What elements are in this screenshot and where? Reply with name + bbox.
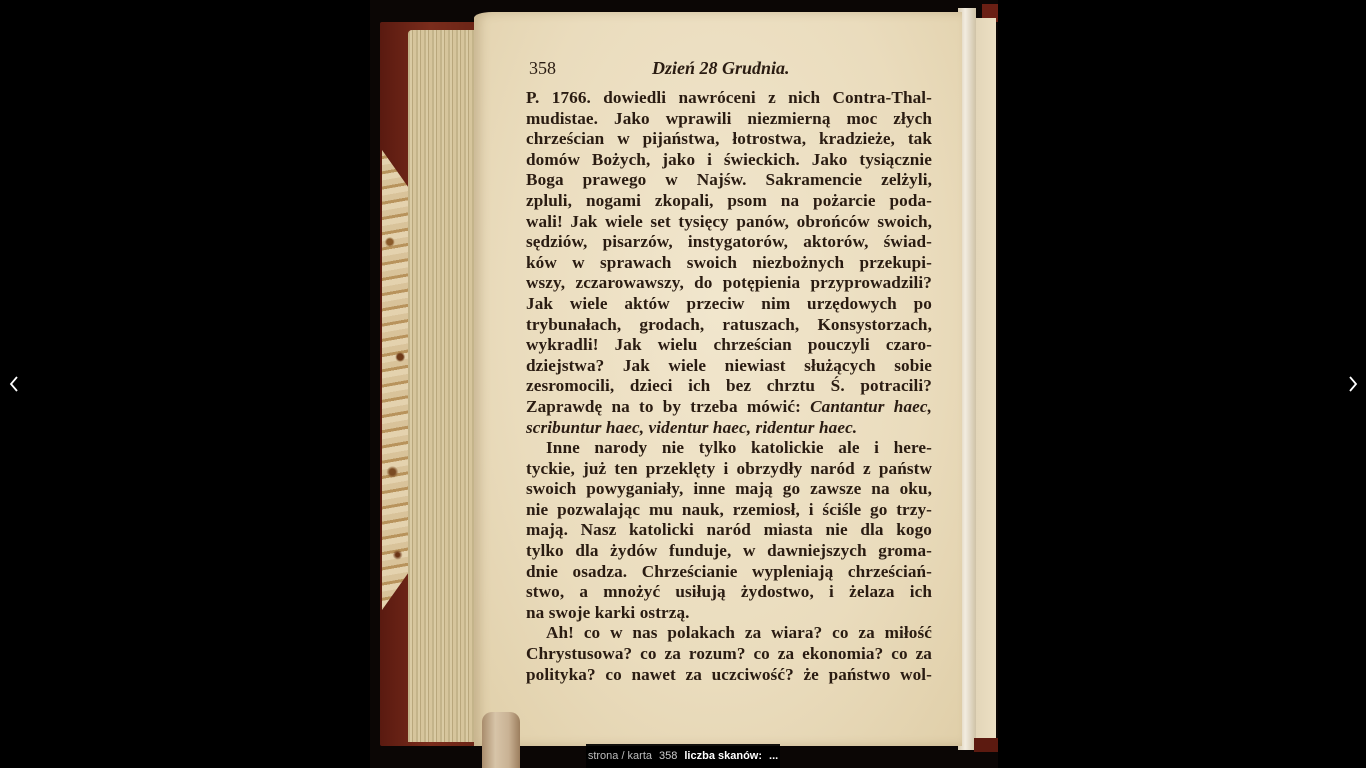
text-line: dziejstwa? Jak wiele niewiast służących …: [526, 356, 932, 377]
text-line: Jak wiele aktów przeciw nim urzędowych p…: [526, 294, 932, 315]
page-text: 358 Dzień 28 Grudnia. P. 1766. dowiedli …: [526, 58, 934, 685]
text-line: P. 1766. dowiedli nawróceni z nich Contr…: [526, 88, 932, 109]
chevron-right-icon: [1347, 375, 1359, 393]
body-text: P. 1766. dowiedli nawróceni z nich Contr…: [526, 88, 934, 685]
text-line-start: Zaprawdę na to by trzeba mówić:: [526, 397, 810, 416]
text-line: tylko dla żydów funduje, w dawniejszych …: [526, 541, 932, 562]
latin-quote: Cantantur haec,: [810, 397, 932, 416]
text-line: polityka? co nawet za uczciwość? że pańs…: [526, 665, 932, 686]
text-line: Inne narody nie tylko katolickie ale i h…: [526, 438, 932, 459]
text-line: stwo, a mnożyć usiłują żydostwo, i żelaz…: [526, 582, 932, 603]
text-line: Zaprawdę na to by trzeba mówić: Cantantu…: [526, 397, 932, 418]
page-header: 358 Dzień 28 Grudnia.: [526, 58, 934, 82]
text-line: sędziów, pisarzów, instygatorów, aktorów…: [526, 232, 932, 253]
scans-label: liczba skanów:: [684, 750, 762, 762]
text-line: trybunałach, grodach, ratuszach, Konsyst…: [526, 315, 932, 336]
text-line: zpluli, nogami zkopali, psom na pożarcie…: [526, 191, 932, 212]
text-line: na swoje karki ostrzą.: [526, 603, 932, 624]
page-label: strona / karta: [588, 750, 652, 762]
running-head: Dzień 28 Grudnia.: [652, 58, 790, 79]
page-edges: [408, 30, 474, 742]
text-line: wykradli! Jak wielu chrześcian pouczyli …: [526, 335, 932, 356]
text-line: swoich powyganiały, inne mają go zawsze …: [526, 479, 932, 500]
page-scan-image[interactable]: 358 Dzień 28 Grudnia. P. 1766. dowiedli …: [370, 0, 998, 768]
book-cover-right-bottom: [974, 738, 998, 752]
next-page-button[interactable]: [1341, 370, 1365, 398]
latin-quote: scribuntur haec, videntur haec, ridentur…: [526, 418, 857, 437]
text-line: tyckie, już ten przeklęty i obrzydły nar…: [526, 459, 932, 480]
book-scan-viewer: 358 Dzień 28 Grudnia. P. 1766. dowiedli …: [0, 0, 1366, 768]
text-line: Ah! co w nas polakach za wiara? co za mi…: [526, 623, 932, 644]
text-line: chrześcian w pijaństwa, łotrostwa, kradz…: [526, 129, 932, 150]
text-line: Chrystusowa? co za rozum? co za ekonomia…: [526, 644, 932, 665]
text-line: mają. Nasz katolicki naród miasta nie dl…: [526, 520, 932, 541]
text-line: wszy, zczarowawszy, do potępienia przypr…: [526, 273, 932, 294]
text-line: dnie osadza. Chrześcianie wypleniają chr…: [526, 562, 932, 583]
page-number: 358: [529, 58, 556, 79]
text-line: ków w sprawach swoich niezbożnych przeku…: [526, 253, 932, 274]
chevron-left-icon: [8, 375, 20, 393]
marbled-endpaper: [382, 150, 408, 610]
facing-page-edge: [974, 18, 996, 744]
page-value[interactable]: 358: [659, 750, 677, 762]
text-line: zesromocili, dzieci ich bez chrztu Ś. po…: [526, 376, 932, 397]
text-line: Boga prawego w Najśw. Sakramencie zelżyl…: [526, 170, 932, 191]
text-line: scribuntur haec, videntur haec, ridentur…: [526, 418, 932, 439]
status-bar: strona / karta 358 liczba skanów: ...: [586, 744, 780, 768]
text-line: mudistae. Jako wprawili niezmierną moc z…: [526, 109, 932, 130]
text-line: domów Bożych, jako i świeckich. Jako tys…: [526, 150, 932, 171]
scanner-finger: [482, 712, 520, 768]
previous-page-button[interactable]: [2, 370, 26, 398]
text-line: wali! Jak wiele set tysięcy panów, obroń…: [526, 212, 932, 233]
text-line: nie pozwalając mu nauk, rzemiosł, i ściś…: [526, 500, 932, 521]
scans-value: ...: [769, 750, 778, 762]
